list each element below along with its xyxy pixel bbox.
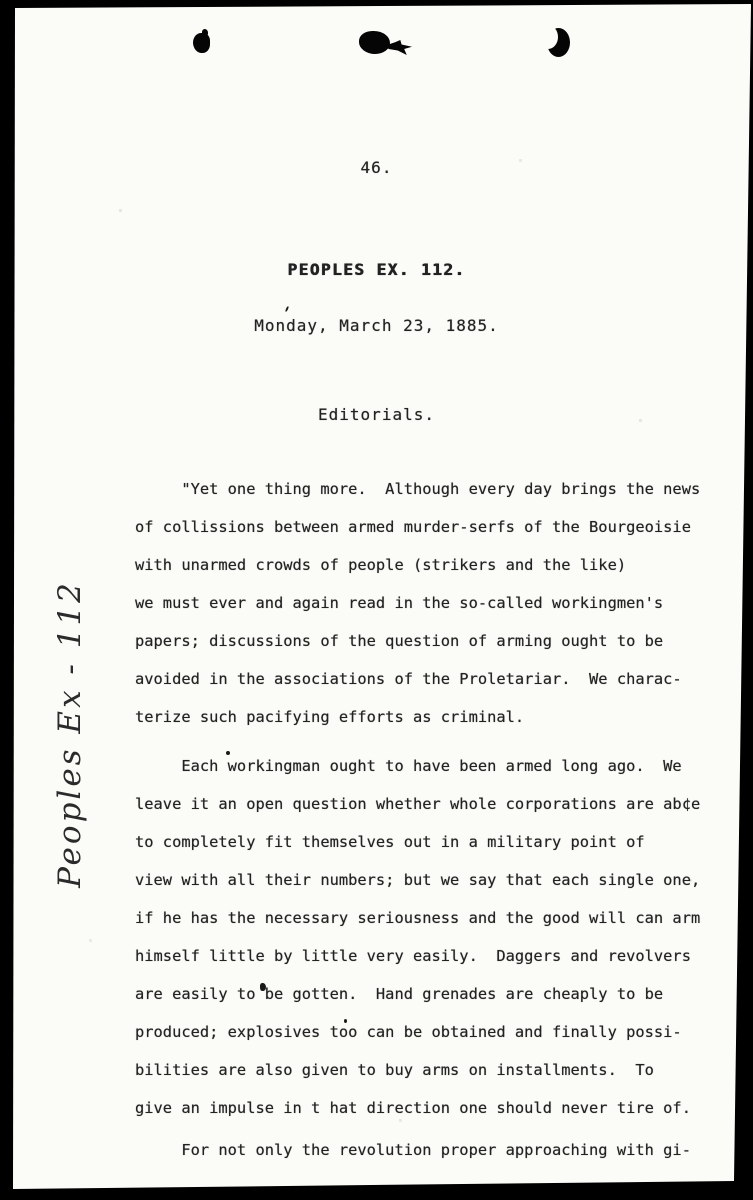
page-number: 46. bbox=[0, 158, 753, 177]
typewritten-line: of collissions between armed murder-serf… bbox=[135, 508, 710, 546]
typewritten-line: if he has the necessary seriousness and … bbox=[135, 899, 710, 937]
scan-speckles bbox=[0, 0, 1, 1]
scanned-document-page: 46. PEOPLES EX. 112. Monday, March 23, 1… bbox=[0, 0, 753, 1200]
typewritten-line: to completely fit themselves out in a mi… bbox=[135, 823, 710, 861]
typewritten-line: avoided in the associations of the Prole… bbox=[135, 660, 710, 698]
typewritten-line: with unarmed crowds of people (strikers … bbox=[135, 546, 710, 584]
typewritten-line: view with all their numbers; but we say … bbox=[135, 861, 710, 899]
typewritten-line: we must ever and again read in the so-ca… bbox=[135, 584, 710, 622]
typewritten-line: terize such pacifying efforts as crimina… bbox=[135, 698, 710, 736]
typewritten-line: "Yet one thing more. Although every day … bbox=[135, 470, 710, 508]
ink-blob-left bbox=[193, 33, 210, 53]
typewritten-line: bilities are also given to buy arms on i… bbox=[135, 1051, 710, 1089]
typewritten-line: are easily to be gotten. Hand grenades a… bbox=[135, 975, 710, 1013]
paragraph-3: For not only the revolution proper appro… bbox=[135, 1131, 710, 1169]
section-heading: Editorials. bbox=[0, 405, 753, 424]
typewritten-line: For not only the revolution proper appro… bbox=[135, 1131, 710, 1169]
typewritten-line: papers; discussions of the question of a… bbox=[135, 622, 710, 660]
handwritten-annotation-box: Peoples Ex - 112 bbox=[26, 576, 114, 892]
paragraph-1: "Yet one thing more. Although every day … bbox=[135, 470, 710, 736]
typewritten-line: himself little by little very easily. Da… bbox=[135, 937, 710, 975]
date-line: Monday, March 23, 1885. bbox=[0, 316, 753, 335]
handwritten-annotation: Peoples Ex - 112 bbox=[26, 576, 114, 892]
typewritten-line: produced; explosives too can be obtained… bbox=[135, 1013, 710, 1051]
ink-blob-right bbox=[547, 28, 570, 57]
exhibit-title: PEOPLES EX. 112. bbox=[0, 260, 753, 279]
typewritten-line: Each workingman ought to have been armed… bbox=[135, 747, 710, 785]
typewritten-line: leave it an open question whether whole … bbox=[135, 785, 710, 823]
ink-blob-center bbox=[359, 31, 390, 54]
typewritten-line: give an impulse in t hat direction one s… bbox=[135, 1089, 710, 1127]
paragraph-2: Each workingman ought to have been armed… bbox=[135, 747, 710, 1127]
